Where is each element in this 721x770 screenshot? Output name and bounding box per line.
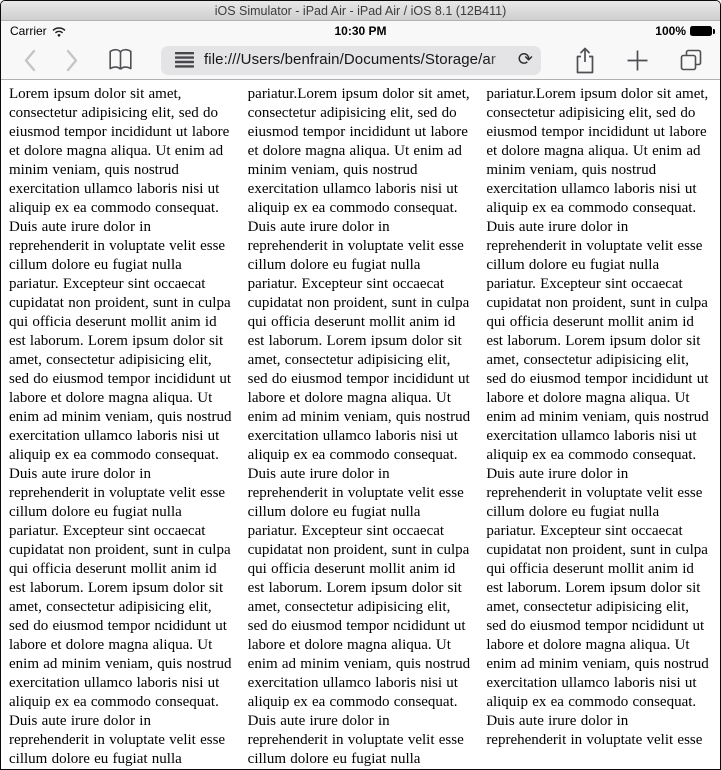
back-button[interactable] <box>23 49 36 72</box>
status-center: 10:30 PM <box>1 24 720 38</box>
tabs-icon <box>678 47 704 73</box>
status-bar: Carrier 10:30 PM 100% <box>1 21 720 41</box>
url-text-container: file:///Users/benfrain/Documents/Storage… <box>204 51 512 69</box>
new-tab-icon <box>626 49 649 72</box>
clock-label: 10:30 PM <box>334 24 386 38</box>
reader-icon[interactable] <box>175 52 194 68</box>
window-title: iOS Simulator - iPad Air - iPad Air / iO… <box>215 4 507 18</box>
forward-button[interactable] <box>66 49 79 72</box>
window-titlebar[interactable]: iOS Simulator - iPad Air - iPad Air / iO… <box>1 1 720 21</box>
share-icon <box>573 46 597 75</box>
bookmarks-button[interactable] <box>106 47 135 73</box>
page-text: Lorem ipsum dolor sit amet, consectetur … <box>9 85 712 769</box>
new-tab-button[interactable] <box>626 49 649 72</box>
chevron-right-icon <box>66 49 79 72</box>
tabs-button[interactable] <box>678 47 704 73</box>
chevron-left-icon <box>23 49 36 72</box>
simulator-window: iOS Simulator - iPad Air - iPad Air / iO… <box>0 0 721 770</box>
reload-icon: ⟳ <box>518 51 533 69</box>
bookmarks-icon <box>106 47 135 73</box>
reload-button[interactable]: ⟳ <box>518 51 533 69</box>
battery-icon <box>690 26 712 36</box>
safari-toolbar: file:///Users/benfrain/Documents/Storage… <box>1 41 720 79</box>
address-bar[interactable]: file:///Users/benfrain/Documents/Storage… <box>161 46 541 75</box>
url-text: file:///Users/benfrain/Documents/Storage… <box>204 51 496 68</box>
page-content[interactable]: Lorem ipsum dolor sit amet, consectetur … <box>1 80 720 769</box>
share-button[interactable] <box>573 46 597 75</box>
